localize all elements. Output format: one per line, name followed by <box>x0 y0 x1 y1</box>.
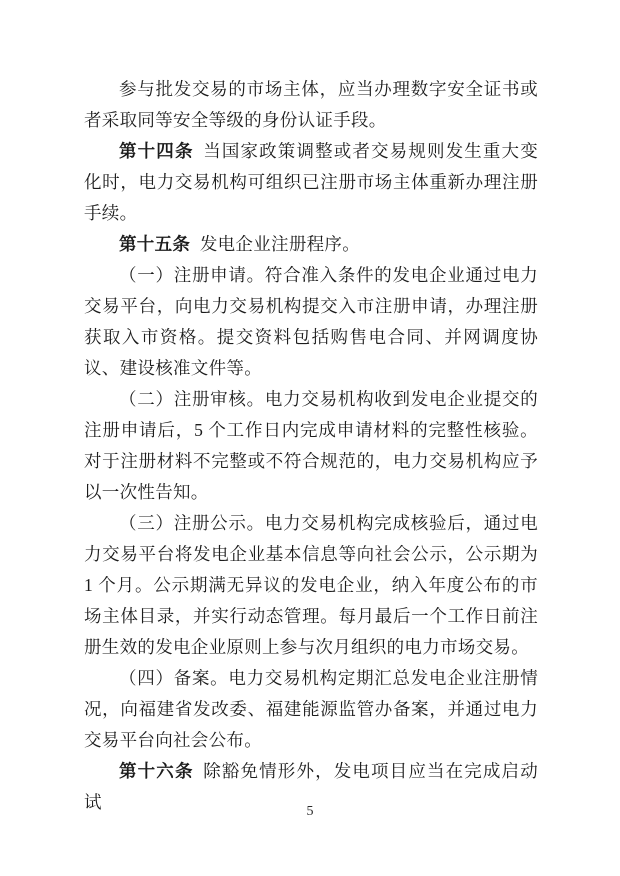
paragraph: 第十五条发电企业注册程序。 <box>84 229 538 260</box>
paragraph: （一）注册申请。符合准入条件的发电企业通过电力交易平台，向电力交易机构提交入市注… <box>84 260 538 384</box>
article-number: 第十六条 <box>119 761 194 781</box>
paragraph-text: （二）注册审核。电力交易机构收到发电企业提交的注册申请后，5 个工作日内完成申请… <box>84 389 538 502</box>
paragraph-text: 发电企业注册程序。 <box>200 234 360 254</box>
paragraph-text: （三）注册公示。电力交易机构完成核验后，通过电力交易平台将发电企业基本信息等向社… <box>84 513 538 657</box>
paragraph: （三）注册公示。电力交易机构完成核验后，通过电力交易平台将发电企业基本信息等向社… <box>84 508 538 663</box>
paragraph: 参与批发交易的市场主体，应当办理数字安全证书或者采取同等安全等级的身份认证手段。 <box>84 74 538 136</box>
paragraph: 第十四条当国家政策调整或者交易规则发生重大变化时，电力交易机构可组织已注册市场主… <box>84 136 538 229</box>
page-number: 5 <box>0 803 620 821</box>
paragraph-text: 参与批发交易的市场主体，应当办理数字安全证书或者采取同等安全等级的身份认证手段。 <box>84 79 538 130</box>
document-body: 参与批发交易的市场主体，应当办理数字安全证书或者采取同等安全等级的身份认证手段。… <box>84 74 538 818</box>
article-number: 第十五条 <box>119 234 190 254</box>
article-number: 第十四条 <box>119 141 194 161</box>
paragraph: （二）注册审核。电力交易机构收到发电企业提交的注册申请后，5 个工作日内完成申请… <box>84 384 538 508</box>
document-page: 参与批发交易的市场主体，应当办理数字安全证书或者采取同等安全等级的身份认证手段。… <box>0 0 620 876</box>
paragraph-text: （一）注册申请。符合准入条件的发电企业通过电力交易平台，向电力交易机构提交入市注… <box>84 265 538 378</box>
paragraph: （四）备案。电力交易机构定期汇总发电企业注册情况，向福建省发改委、福建能源监管办… <box>84 663 538 756</box>
paragraph-text: （四）备案。电力交易机构定期汇总发电企业注册情况，向福建省发改委、福建能源监管办… <box>84 668 538 750</box>
